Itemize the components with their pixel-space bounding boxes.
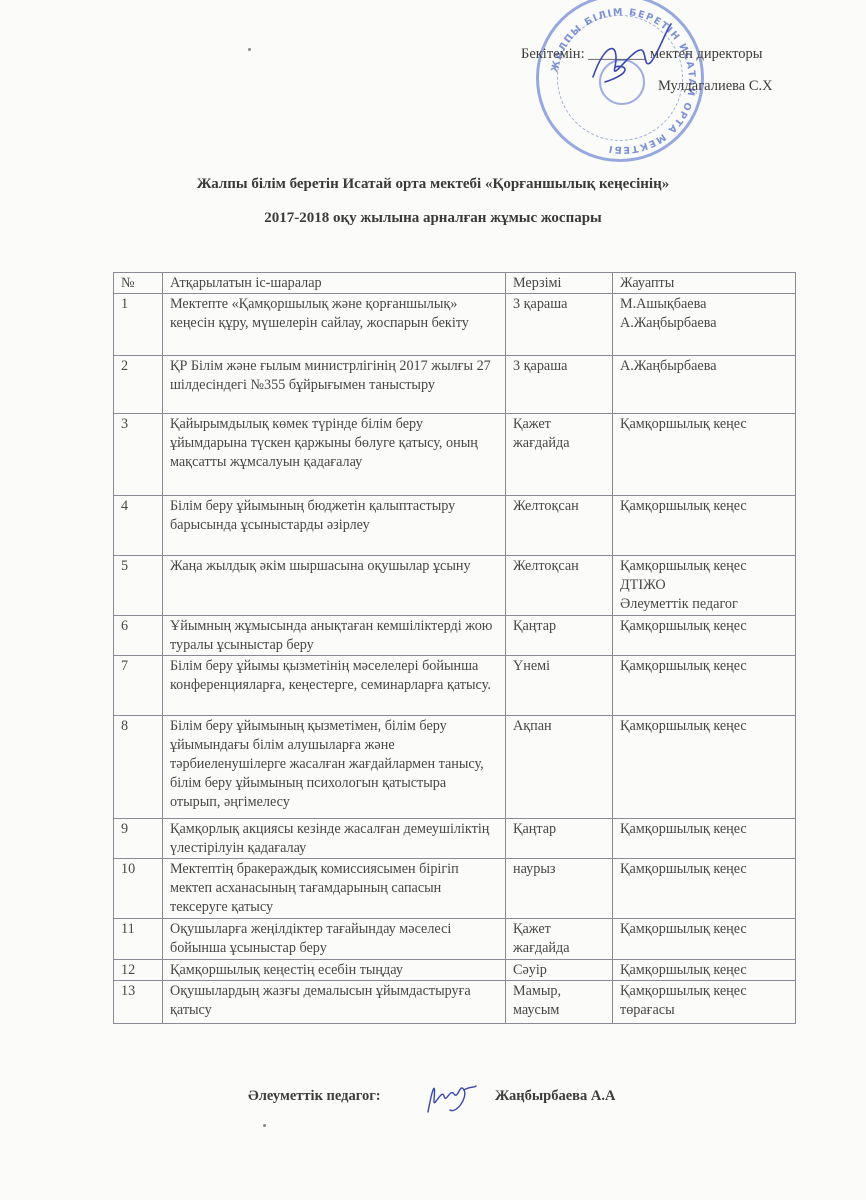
row-activity: Ұйымның жұмысында анықтаған кемшіліктерд… (163, 616, 506, 656)
document-subtitle: 2017-2018 оқу жылына арналған жұмыс жосп… (0, 210, 866, 227)
row-deadline: наурыз (506, 859, 613, 919)
row-activity: Мектепте «Қамқоршылық және қорғаншылық» … (163, 294, 506, 356)
table-row: 4Білім беру ұйымының бюджетін қалыптасты… (114, 496, 796, 556)
row-responsible: Қамқоршылық кеңес (613, 716, 796, 819)
row-number: 8 (114, 716, 163, 819)
row-responsible: Қамқоршылық кеңес (613, 960, 796, 981)
row-activity: Білім беру ұйымының қызметімен, білім бе… (163, 716, 506, 819)
row-deadline: 3 қараша (506, 356, 613, 414)
row-deadline: Қажет жағдайда (506, 919, 613, 960)
row-activity: Мектептің бракераждық комиссиясымен бірі… (163, 859, 506, 919)
row-deadline: Желтоқсан (506, 496, 613, 556)
row-deadline: Қаңтар (506, 819, 613, 859)
row-deadline: Қажет жағдайда (506, 414, 613, 496)
row-number: 6 (114, 616, 163, 656)
row-responsible: Қамқоршылық кеңес (613, 616, 796, 656)
document-title: Жалпы білім беретін Исатай орта мектебі … (0, 176, 866, 193)
row-activity: Оқушылардың жазғы демалысын ұйымдастыруғ… (163, 981, 506, 1024)
row-responsible: Қамқоршылық кеңес (613, 859, 796, 919)
table-row: 11Оқушыларға жеңілдіктер тағайындау мәсе… (114, 919, 796, 960)
table-header-row: № Атқарылатын іс-шаралар Мерзімі Жауапты (114, 273, 796, 294)
teacher-signature (420, 1070, 480, 1120)
row-responsible: А.Жаңбырбаева (613, 356, 796, 414)
row-deadline: Сәуір (506, 960, 613, 981)
row-responsible: Қамқоршылық кеңес (613, 496, 796, 556)
header-responsible: Жауапты (613, 273, 796, 294)
table-row: 5Жаңа жылдық әкім шыршасына оқушылар ұсы… (114, 556, 796, 616)
row-activity: Оқушыларға жеңілдіктер тағайындау мәселе… (163, 919, 506, 960)
header-activity: Атқарылатын іс-шаралар (163, 273, 506, 294)
teacher-name: Жаңбырбаева А.А (495, 1088, 615, 1105)
row-number: 5 (114, 556, 163, 616)
row-deadline: 3 қараша (506, 294, 613, 356)
row-number: 7 (114, 656, 163, 716)
row-deadline: Ақпан (506, 716, 613, 819)
row-number: 1 (114, 294, 163, 356)
table-row: 9Қамқорлық акциясы кезінде жасалған деме… (114, 819, 796, 859)
work-plan-table: № Атқарылатын іс-шаралар Мерзімі Жауапты… (113, 272, 796, 1024)
row-deadline: Мамыр, маусым (506, 981, 613, 1024)
table-row: 8Білім беру ұйымының қызметімен, білім б… (114, 716, 796, 819)
row-activity: Білім беру ұйымының бюджетін қалыптастыр… (163, 496, 506, 556)
row-activity: Білім беру ұйымы қызметінің мәселелері б… (163, 656, 506, 716)
row-activity: Жаңа жылдық әкім шыршасына оқушылар ұсын… (163, 556, 506, 616)
header-number: № (114, 273, 163, 294)
table-row: 3Қайырымдылық көмек түрінде білім беру ұ… (114, 414, 796, 496)
row-number: 4 (114, 496, 163, 556)
table-row: 6Ұйымның жұмысында анықтаған кемшіліктер… (114, 616, 796, 656)
director-name: Мулдагалиева С.Х (658, 78, 773, 95)
row-deadline: Желтоқсан (506, 556, 613, 616)
row-activity: Қамқорлық акциясы кезінде жасалған демеу… (163, 819, 506, 859)
row-number: 12 (114, 960, 163, 981)
row-number: 10 (114, 859, 163, 919)
row-responsible: Қамқоршылық кеңес (613, 819, 796, 859)
row-deadline: Үнемі (506, 656, 613, 716)
row-number: 13 (114, 981, 163, 1024)
row-responsible: Қамқоршылық кеңес төрағасы (613, 981, 796, 1024)
table-row: 13Оқушылардың жазғы демалысын ұйымдастыр… (114, 981, 796, 1024)
table-row: 1Мектепте «Қамқоршылық және қорғаншылық»… (114, 294, 796, 356)
row-deadline: Қаңтар (506, 616, 613, 656)
row-activity: Қайырымдылық көмек түрінде білім беру ұй… (163, 414, 506, 496)
table-row: 10Мектептің бракераждық комиссиясымен бі… (114, 859, 796, 919)
table-row: 2ҚР Білім және ғылым министрлігінің 2017… (114, 356, 796, 414)
row-responsible: Қамқоршылық кеңес (613, 656, 796, 716)
row-activity: Қамқоршылық кеңестің есебін тыңдау (163, 960, 506, 981)
approval-line: Бекітемін: ________ мектеп директоры (521, 46, 763, 63)
header-deadline: Мерзімі (506, 273, 613, 294)
row-number: 2 (114, 356, 163, 414)
row-number: 9 (114, 819, 163, 859)
row-responsible: М.Ашықбаева А.Жаңбырбаева (613, 294, 796, 356)
row-number: 11 (114, 919, 163, 960)
scan-speck (263, 1124, 266, 1127)
footer-role: Әлеуметтік педагог: (248, 1088, 381, 1105)
row-number: 3 (114, 414, 163, 496)
row-responsible: Қамқоршылық кеңес ДТІЖО Әлеуметтік педаг… (613, 556, 796, 616)
row-responsible: Қамқоршылық кеңес (613, 414, 796, 496)
scan-speck (248, 48, 251, 51)
table-row: 7Білім беру ұйымы қызметінің мәселелері … (114, 656, 796, 716)
row-responsible: Қамқоршылық кеңес (613, 919, 796, 960)
table-row: 12Қамқоршылық кеңестің есебін тыңдауСәуі… (114, 960, 796, 981)
row-activity: ҚР Білім және ғылым министрлігінің 2017 … (163, 356, 506, 414)
